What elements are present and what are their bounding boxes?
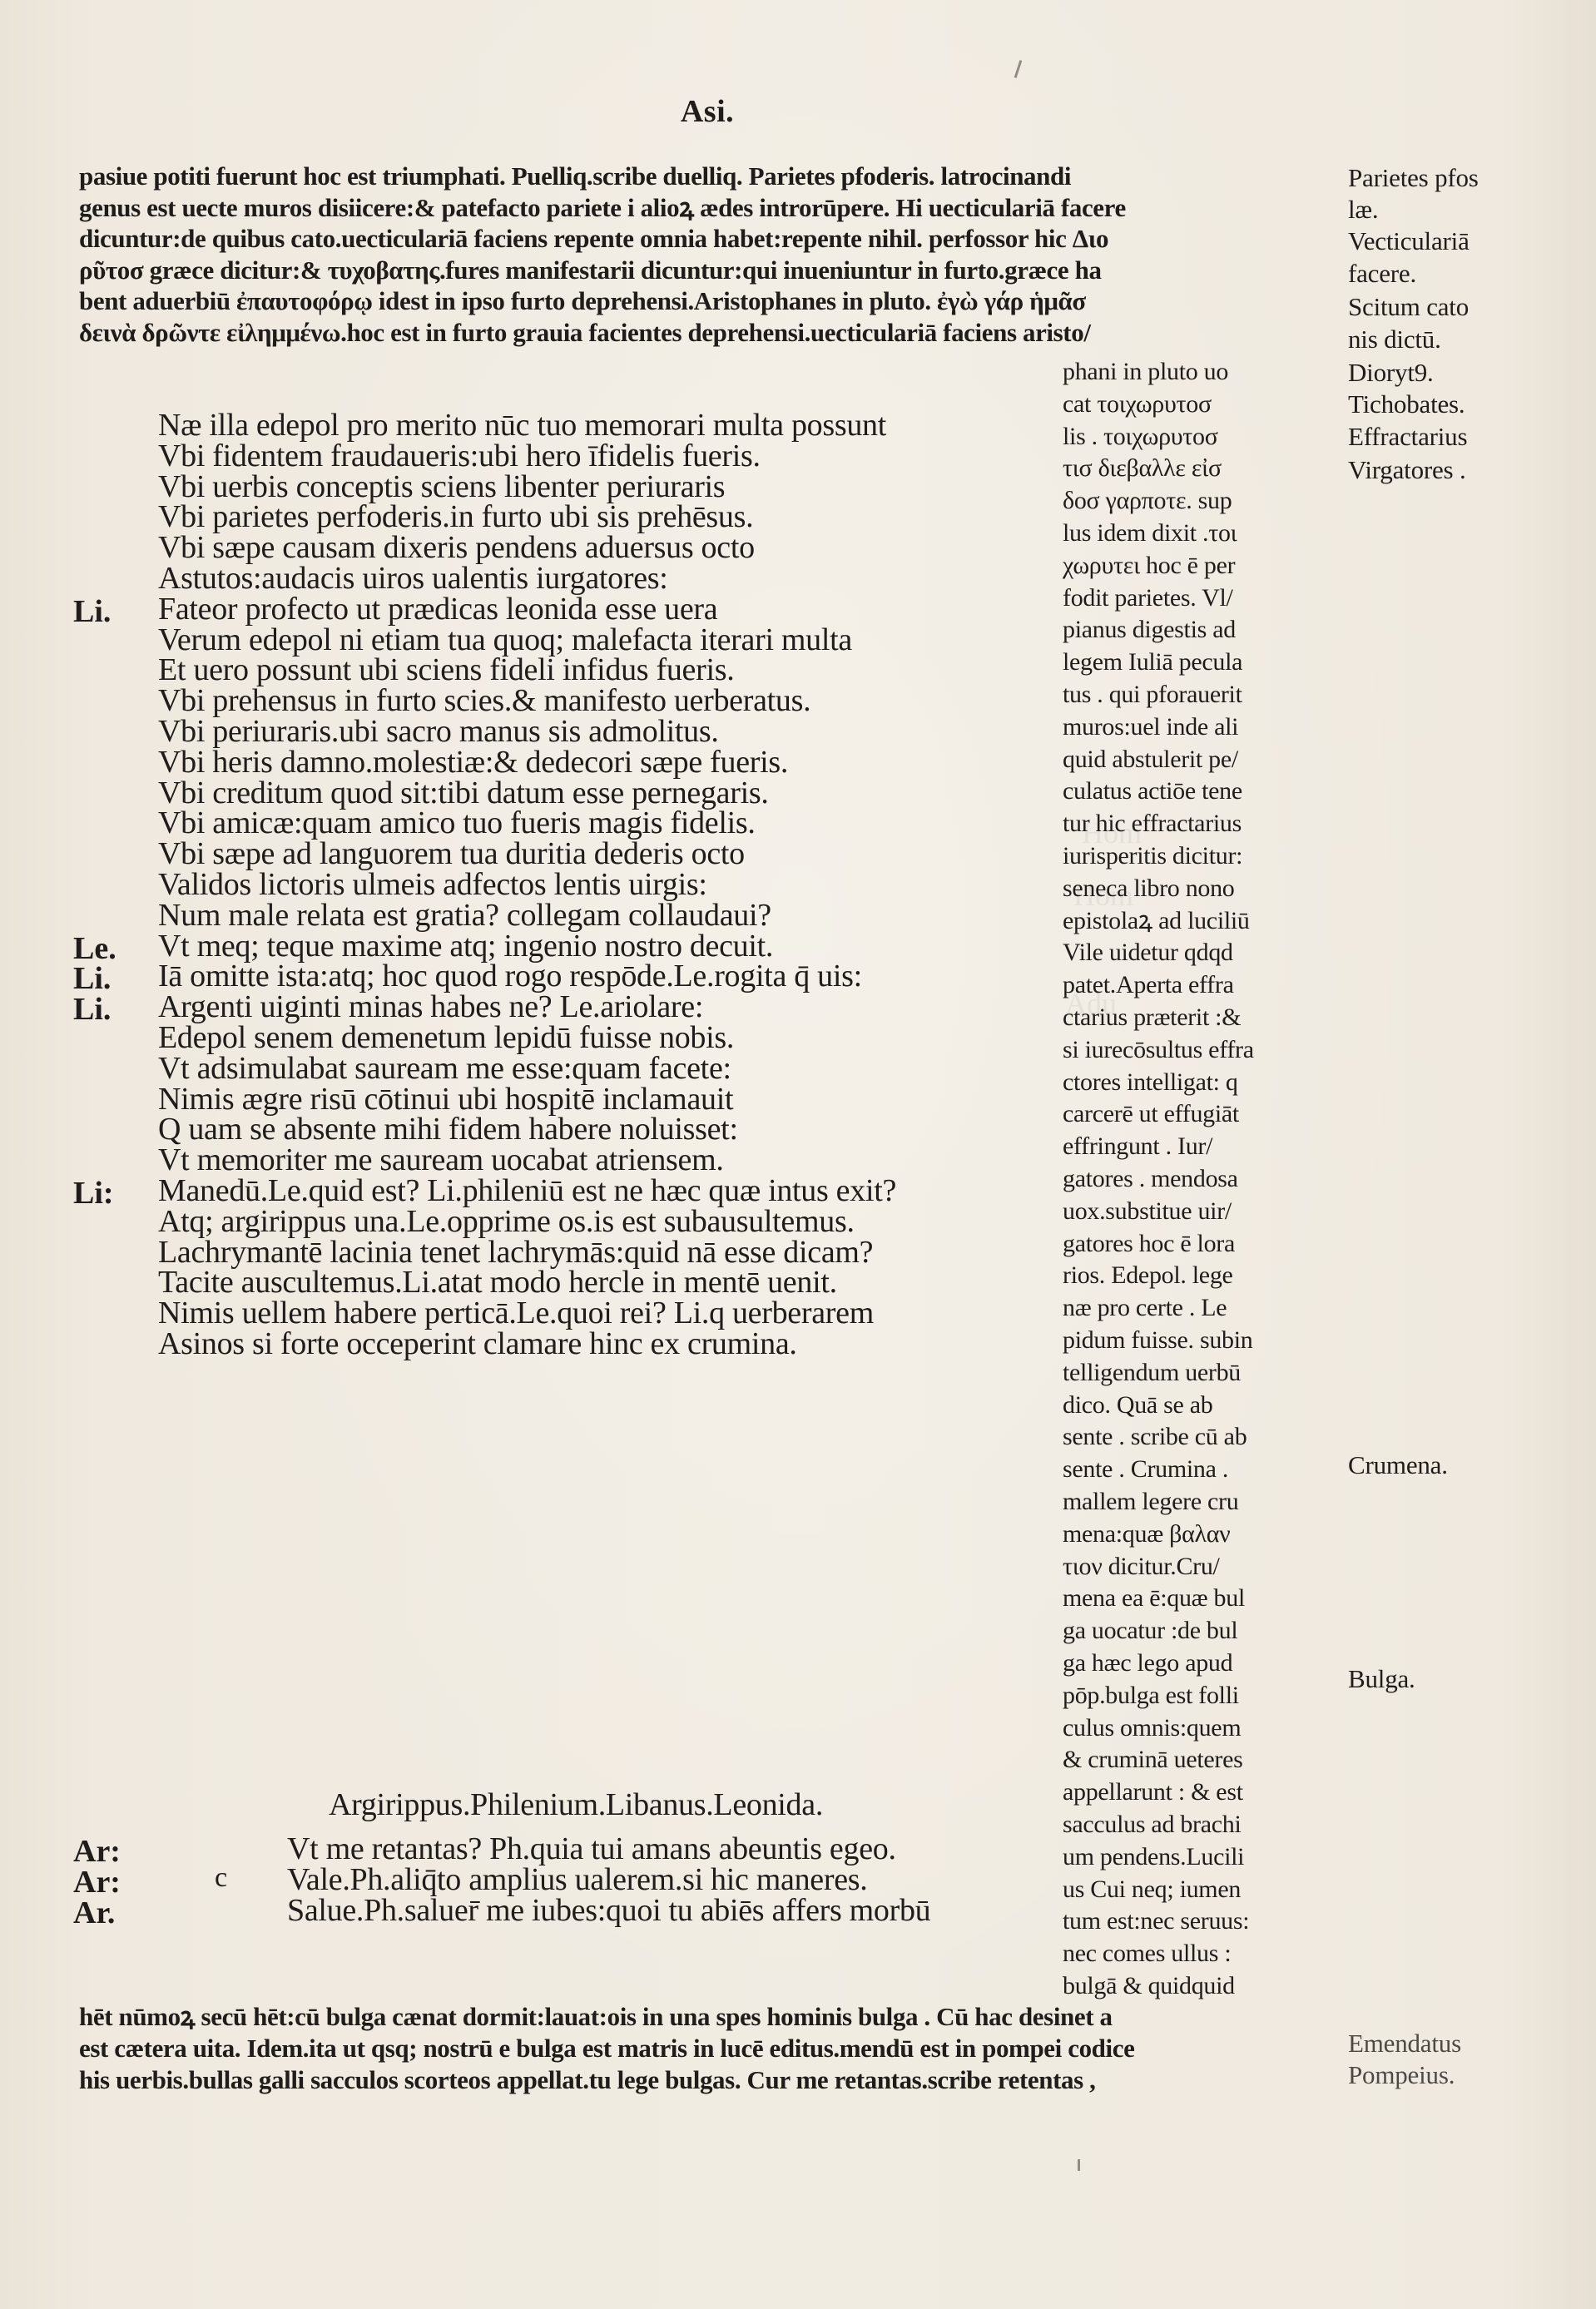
commentary-gloss-line: mallem legere cru <box>1063 1489 1238 1514</box>
commentary-gloss-line: quid abstulerit pe/ <box>1063 747 1238 772</box>
commentary-gloss-line: ga hæc lego apud <box>1063 1651 1232 1676</box>
speaker-label: Li. <box>73 593 111 630</box>
commentary-gloss-line: ga uocatur :de bul <box>1063 1618 1237 1643</box>
commentary-gloss-line: τισ διεβαλλε εἰσ <box>1063 456 1222 481</box>
verse-line: Nimis uellem habere perticā.Le.quoi rei?… <box>158 1297 874 1329</box>
commentary-line: bent aduerbiū ἐπαυτοφόρῳ idest in ipso f… <box>79 288 1331 314</box>
verse-line: Nimis ægre risū cōtinui ubi hospitē incl… <box>158 1083 733 1115</box>
commentary-gloss-line: δοσ γαρποτε. sup <box>1063 488 1232 513</box>
margin-note: Dioryt9. <box>1348 359 1434 385</box>
stray-letter: c <box>215 1862 227 1894</box>
commentary-line: δεινὰ δρῶντε εἰλημμένω.hoc est in furto … <box>79 320 1331 345</box>
commentary-line: dicuntur:de quibus cato.uecticulariā fac… <box>79 225 1331 251</box>
commentary-gloss-line: seneca libro nono <box>1063 876 1235 901</box>
commentary-gloss-line: pianus digestis ad <box>1063 617 1236 642</box>
commentary-gloss-line: sacculus ad brachi <box>1063 1812 1242 1837</box>
commentary-gloss-line: nec comes ullus : <box>1063 1941 1231 1966</box>
scene-heading: Argirippus.Philenium.Libanus.Leonida. <box>329 1789 823 1821</box>
commentary-gloss-line: pōp.bulga est folli <box>1063 1683 1239 1708</box>
verse-line: Manedū.Le.quid est? Li.phileniū est ne h… <box>158 1175 896 1207</box>
margin-note: Parietes pfos <box>1348 165 1479 191</box>
verse-line: Validos lictoris ulmeis adfectos lentis … <box>158 869 707 900</box>
verse-line: Vt meq; teque maxime atq; ingenio nostro… <box>158 930 773 962</box>
ink-speck <box>1078 2159 1080 2171</box>
verse-line: Vbi fidentem fraudaueris:ubi hero īfidel… <box>158 440 761 472</box>
commentary-gloss-line: phani in pluto uo <box>1063 359 1228 384</box>
verse-line: Vt memoriter me sauream uocabat atriense… <box>158 1144 724 1176</box>
verse-line: Num male relata est gratia? collegam col… <box>158 899 771 931</box>
verse-line: Atq; argirippus una.Le.opprime os.is est… <box>158 1206 855 1237</box>
verse-line: Vbi periuraris.ubi sacro manus sis admol… <box>158 716 719 747</box>
commentary-gloss-line: telligendum uerbū <box>1063 1360 1241 1385</box>
verse-line: Edepol senem demenetum lepidū fuisse nob… <box>158 1022 734 1053</box>
commentary-gloss-line: legem Iuliā pecula <box>1063 650 1242 675</box>
running-head: Asi. <box>657 93 757 130</box>
commentary-line: ρῦτοσ græce dicitur:& τυχοβατης.fures ma… <box>79 257 1331 283</box>
margin-note: læ. <box>1348 196 1378 222</box>
margin-note: Emendatus <box>1348 2030 1461 2056</box>
commentary-gloss-line: us Cui neq; iumen <box>1063 1877 1241 1902</box>
commentary-gloss-line: & cruminā ueteres <box>1063 1747 1242 1772</box>
commentary-gloss-line: epistolaꝝ ad luciliū <box>1063 909 1250 934</box>
commentary-gloss-line: culus omnis:quem <box>1063 1716 1241 1741</box>
commentary-gloss-line: sente . scribe cū ab <box>1063 1425 1247 1449</box>
verse-line: Vbi parietes perfoderis.in furto ubi sis… <box>158 501 753 533</box>
verse-line: Lachrymantē lacinia tenet lachrymās:quid… <box>158 1236 873 1268</box>
commentary-gloss-line: χωρυτει hoc ē per <box>1063 553 1235 578</box>
commentary-line: hēt nūmoꝝ secū hēt:cū bulga cænat dormit… <box>79 2004 1113 2029</box>
verse-line: Asinos si forte occeperint clamare hinc … <box>158 1328 797 1360</box>
commentary-gloss-line: fodit parietes. Vl/ <box>1063 586 1233 611</box>
verse-line: Argenti uiginti minas habes ne? Le.ariol… <box>158 991 703 1023</box>
commentary-gloss-line: pidum fuisse. subin <box>1063 1328 1252 1353</box>
margin-note: Tichobates. <box>1348 391 1465 417</box>
verse-line: Verum edepol ni etiam tua quoq; malefact… <box>158 624 852 656</box>
verse-line: Vt adsimulabat sauream me esse:quam face… <box>158 1053 731 1084</box>
commentary-gloss-line: cat τοιχωρυτοσ <box>1063 392 1212 417</box>
commentary-gloss-line: lis . τοιχωρυτοσ <box>1063 424 1218 449</box>
speaker-label: Li: <box>73 1175 114 1211</box>
commentary-gloss-line: lus idem dixit .τοι <box>1063 521 1237 546</box>
margin-note: Scitum cato <box>1348 294 1469 320</box>
margin-note: nis dictū. <box>1348 326 1441 352</box>
commentary-gloss-line: muros:uel inde ali <box>1063 715 1238 740</box>
commentary-gloss-line: gatores . mendosa <box>1063 1167 1238 1192</box>
commentary-gloss-line: culatus actiōe tene <box>1063 779 1242 804</box>
commentary-gloss-line: bulgā & quidquid <box>1063 1974 1235 1999</box>
commentary-gloss-line: iurisperitis dicitur: <box>1063 844 1242 869</box>
verse-line: Vbi prehensus in furto scies.& manifesto… <box>158 685 810 716</box>
ink-speck <box>1014 60 1023 78</box>
commentary-gloss-line: uox.substitue uir/ <box>1063 1199 1232 1224</box>
commentary-gloss-line: effringunt . Iur/ <box>1063 1134 1212 1159</box>
commentary-gloss-line: tum est:nec seruus: <box>1063 1909 1249 1934</box>
commentary-gloss-line: si iurecōsultus effra <box>1063 1038 1254 1063</box>
verse-line: Astutos:audacis uiros ualentis iurgatore… <box>158 562 668 594</box>
margin-note: facere. <box>1348 260 1416 286</box>
verse-line: Vt me retantas? Ph.quia tui amans abeunt… <box>287 1833 896 1865</box>
commentary-gloss-line: ctarius præterit :& <box>1063 1005 1241 1030</box>
commentary-line: genus est uecte muros disiicere:& patefa… <box>79 195 1331 220</box>
commentary-gloss-line: τιον dicitur.Cru/ <box>1063 1554 1220 1579</box>
commentary-gloss-line: carcerē ut effugiāt <box>1063 1102 1239 1127</box>
commentary-gloss-line: um pendens.Lucili <box>1063 1845 1244 1870</box>
verse-line: Iā omitte ista:atq; hoc quod rogo respōd… <box>158 960 862 992</box>
verse-line: Tacite auscultemus.Li.atat modo hercle i… <box>158 1266 837 1298</box>
verse-line: Vbi uerbis conceptis sciens libenter per… <box>158 471 725 503</box>
commentary-gloss-line: gatores hoc ē lora <box>1063 1231 1235 1256</box>
margin-note: Crumena. <box>1348 1452 1448 1478</box>
verse-line: Et uero possunt ubi sciens fideli infidu… <box>158 654 734 686</box>
commentary-gloss-line: ctores intelligat: q <box>1063 1070 1238 1095</box>
verse-line: Q uam se absente mihi fidem habere nolui… <box>158 1113 738 1145</box>
verse-line: Vbi amicæ:quam amico tuo fueris magis fi… <box>158 807 756 839</box>
verse-line: Vbi sæpe causam dixeris pendens aduersus… <box>158 532 755 563</box>
verse-line: Næ illa edepol pro merito nūc tuo memora… <box>158 409 886 441</box>
margin-note: Virgatores . <box>1348 457 1466 483</box>
margin-note: Vecticulariā <box>1348 228 1470 254</box>
commentary-line: est cætera uita. Idem.ita ut qsq; nostrū… <box>79 2035 1134 2061</box>
speaker-label: Li. <box>73 991 111 1028</box>
commentary-gloss-line: rios. Edepol. lege <box>1063 1263 1233 1288</box>
commentary-gloss-line: sente . Crumina . <box>1063 1457 1228 1482</box>
verse-line: Vbi creditum quod sit:tibi datum esse pe… <box>158 777 769 809</box>
commentary-gloss-line: næ pro certe . Le <box>1063 1296 1227 1320</box>
speaker-label: Ar. <box>73 1895 115 1931</box>
verse-line: Salue.Ph.saluer̄ me iubes:quoi tu abiēs … <box>287 1895 930 1926</box>
commentary-line: his uerbis.bullas galli sacculos scorteo… <box>79 2067 1096 2093</box>
commentary-gloss-line: tur hic effractarius <box>1063 811 1242 836</box>
commentary-gloss-line: Vile uidetur qdqd <box>1063 940 1233 965</box>
commentary-line: pasiue potiti fuerunt hoc est triumphati… <box>79 163 1331 189</box>
margin-note: Pompeius. <box>1348 2062 1455 2088</box>
commentary-gloss-line: mena ea ē:quæ bul <box>1063 1586 1245 1611</box>
margin-note: Bulga. <box>1348 1666 1415 1692</box>
verse-line: Vbi sæpe ad languorem tua duritia dederi… <box>158 838 745 870</box>
verse-line: Fateor profecto ut prædicas leonida esse… <box>158 593 717 625</box>
commentary-gloss-line: appellarunt : & est <box>1063 1780 1243 1805</box>
verse-line: Vale.Ph.aliq̄to amplius ualerem.si hic m… <box>287 1864 867 1895</box>
verse-line: Vbi heris damno.molestiæ:& dedecori sæpe… <box>158 746 788 778</box>
commentary-gloss-line: dico. Quā se ab <box>1063 1393 1212 1418</box>
commentary-gloss-line: tus . qui pforauerit <box>1063 682 1242 707</box>
margin-note: Effractarius <box>1348 424 1467 449</box>
commentary-gloss-line: patet.Aperta effra <box>1063 973 1234 998</box>
commentary-gloss-line: mena:quæ βαλαν <box>1063 1522 1230 1547</box>
